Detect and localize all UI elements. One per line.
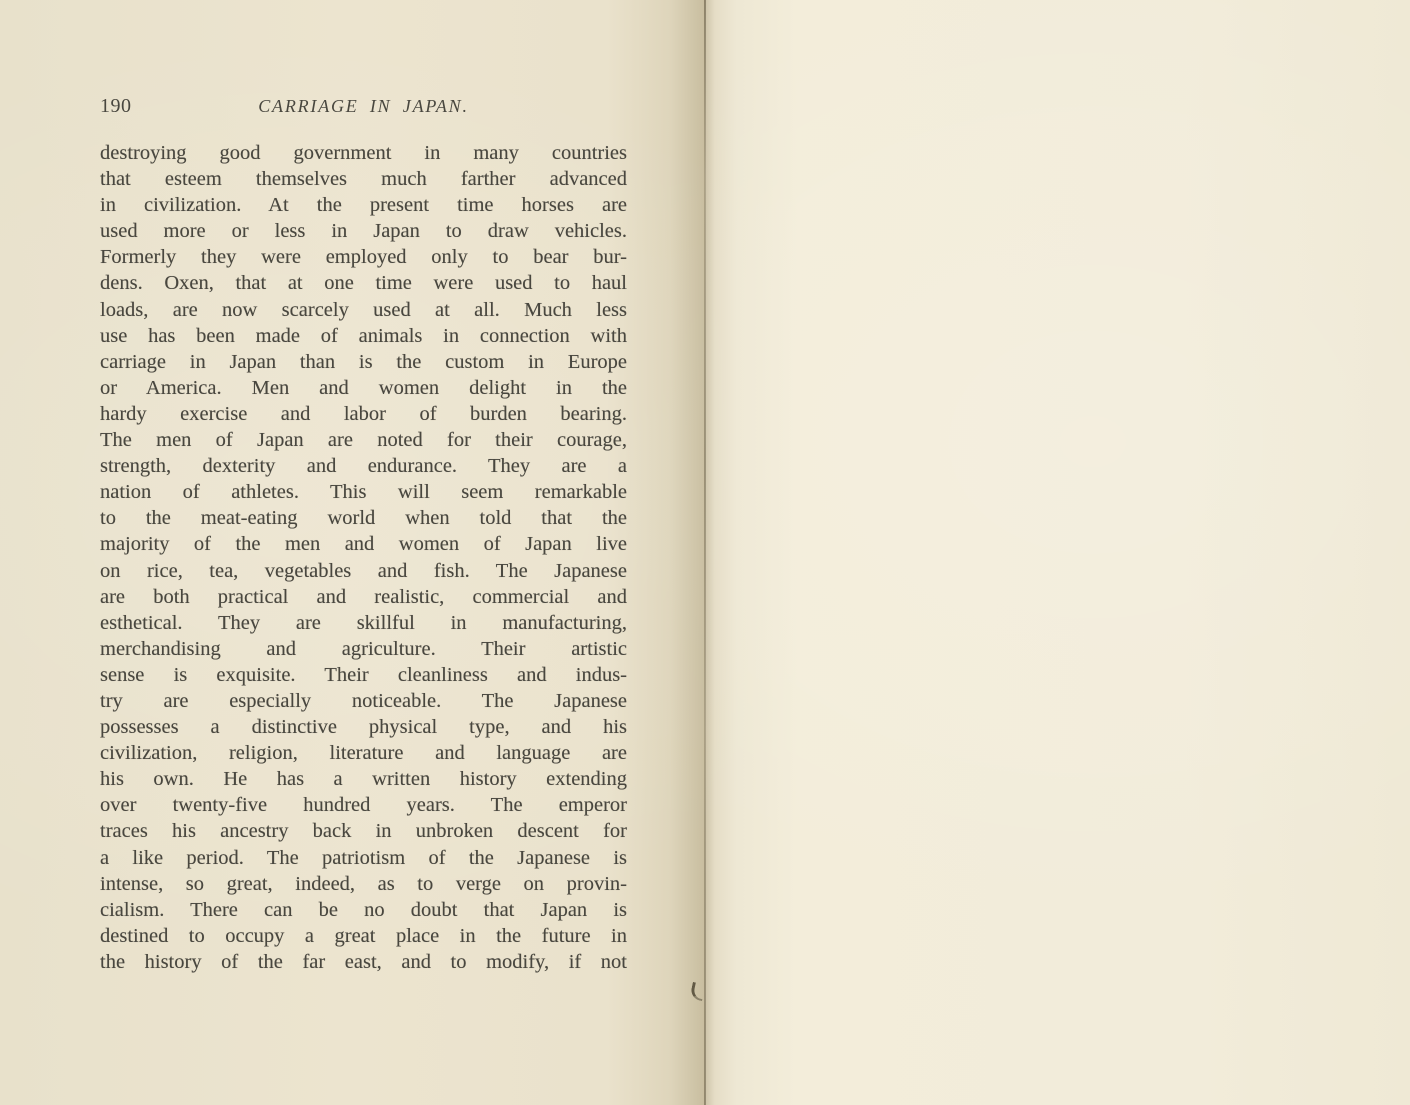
text-line: carriage in Japan than is the custom in … [100, 349, 627, 375]
text-line: in civilization. At the present time hor… [100, 192, 627, 218]
text-line: majority of the men and women of Japan l… [100, 531, 627, 557]
text-line: to the meat-eating world when told that … [100, 505, 627, 531]
text-line: the history of the far east, and to modi… [100, 949, 627, 975]
text-line: over twenty-five hundred years. The empe… [100, 792, 627, 818]
left-running-header: CARRIAGE IN JAPAN. [100, 95, 627, 117]
left-page: 190 CARRIAGE IN JAPAN. destroying good g… [0, 0, 705, 1105]
text-line: possesses a distinctive physical type, a… [100, 714, 627, 740]
text-line: nation of athletes. This will seem remar… [100, 479, 627, 505]
text-line: on rice, tea, vegetables and fish. The J… [100, 558, 627, 584]
left-page-number: 190 [100, 95, 132, 118]
text-line: traces his ancestry back in unbroken des… [100, 818, 627, 844]
text-line: a like period. The patriotism of the Jap… [100, 845, 627, 871]
text-line: try are especially noticeable. The Japan… [100, 688, 627, 714]
text-line: are both practical and realistic, commer… [100, 584, 627, 610]
text-line: Formerly they were employed only to bear… [100, 244, 627, 270]
left-page-body: destroying good government in many count… [100, 140, 627, 975]
text-line: cialism. There can be no doubt that Japa… [100, 897, 627, 923]
text-line: civilization, religion, literature and l… [100, 740, 627, 766]
text-line: esthetical. They are skillful in manufac… [100, 610, 627, 636]
book-gutter-line [704, 0, 706, 1105]
text-line: hardy exercise and labor of burden beari… [100, 401, 627, 427]
text-line: The men of Japan are noted for their cou… [100, 427, 627, 453]
right-page: CARRIAGE IN JAPAN. 191 change, what has … [705, 0, 1410, 1105]
text-line: destroying good government in many count… [100, 140, 627, 166]
left-page-header: 190 CARRIAGE IN JAPAN. [100, 95, 627, 121]
text-line: his own. He has a written history extend… [100, 766, 627, 792]
text-line: loads, are now scarcely used at all. Muc… [100, 297, 627, 323]
text-line: use has been made of animals in connecti… [100, 323, 627, 349]
text-line: intense, so great, indeed, as to verge o… [100, 871, 627, 897]
text-line: destined to occupy a great place in the … [100, 923, 627, 949]
text-line: that esteem themselves much farther adva… [100, 166, 627, 192]
text-line: strength, dexterity and endurance. They … [100, 453, 627, 479]
text-line: merchandising and agriculture. Their art… [100, 636, 627, 662]
text-line: sense is exquisite. Their cleanliness an… [100, 662, 627, 688]
text-line: used more or less in Japan to draw vehic… [100, 218, 627, 244]
text-line: or America. Men and women delight in the [100, 375, 627, 401]
text-line: dens. Oxen, that at one time were used t… [100, 270, 627, 296]
